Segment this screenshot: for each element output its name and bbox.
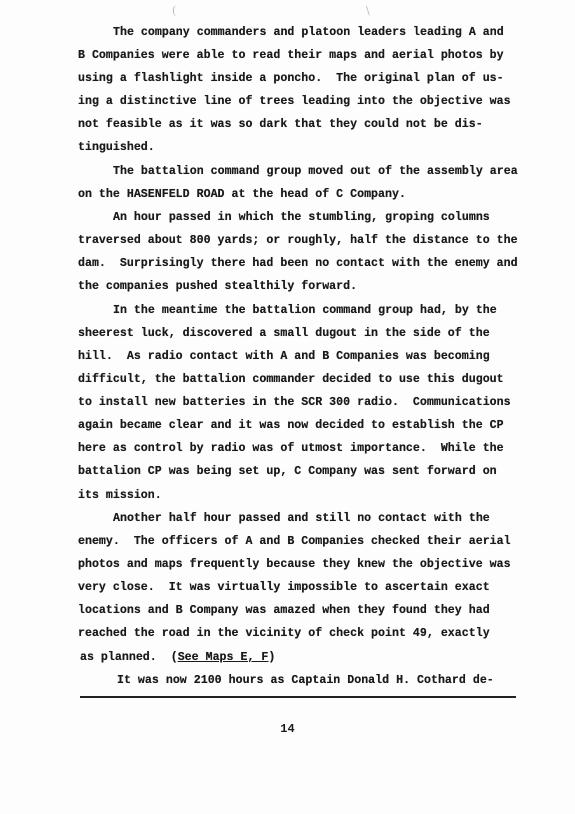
text-line: not feasible as it was so dark that they… [78,118,483,132]
text-line: using a flashlight inside a poncho. The … [78,72,504,86]
scan-mark: \ [366,4,370,17]
text-line: reached the road in the vicinity of chec… [78,627,490,641]
text-line: to install new batteries in the SCR 300 … [78,396,511,410]
text-line: dam. Surprisingly there had been no cont… [78,257,518,271]
text-line: very close. It was virtually impossible … [78,581,490,595]
text-line: again became clear and it was now decide… [78,419,504,433]
map-reference-link: See Maps E, F [178,651,269,664]
text-line: Another half hour passed and still no co… [113,512,490,526]
text-line: ing a distinctive line of trees leading … [78,95,511,109]
text-line: sheerest luck, discovered a small dugout… [78,327,490,341]
scan-mark: ( [172,4,176,17]
text-line: photos and maps frequently because they … [78,558,511,572]
text-line: its mission. [78,489,162,503]
footnote-rule [80,696,516,698]
text-line: here as control by radio was of utmost i… [78,442,504,456]
text-line: as planned. (See Maps E, F) [80,651,275,665]
text-line: locations and B Company was amazed when … [78,604,490,618]
text-line: enemy. The officers of A and B Companies… [78,535,511,549]
text-line: traversed about 800 yards; or roughly, h… [78,234,518,248]
text-line: battalion CP was being set up, C Company… [78,465,497,479]
text-line: tinguished. [78,141,155,155]
document-page: ( \ The company commanders and platoon l… [0,0,575,814]
text-line: The company commanders and platoon leade… [113,26,504,40]
text-line: on the HASENFELD ROAD at the head of C C… [78,188,406,202]
text-line: difficult, the battalion commander decid… [78,373,504,387]
text-line: An hour passed in which the stumbling, g… [113,211,490,225]
text-line: The battalion command group moved out of… [113,165,518,179]
text-line: the companies pushed stealthily forward. [78,280,357,294]
text-line: B Companies were able to read their maps… [78,49,504,63]
text-line: In the meantime the battalion command gr… [113,304,497,318]
text-line: It was now 2100 hours as Captain Donald … [117,674,494,688]
page-number: 14 [0,722,575,736]
text-line: hill. As radio contact with A and B Comp… [78,350,490,364]
